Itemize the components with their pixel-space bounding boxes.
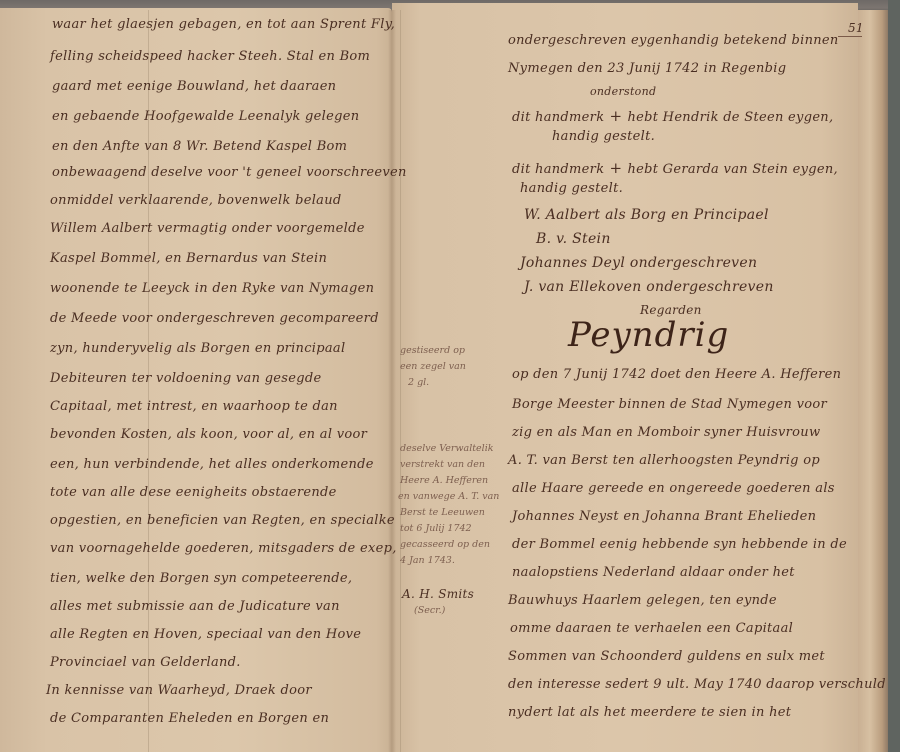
margin-line: tot 6 Julij 1742 xyxy=(400,524,472,534)
margin-signature: A. H. Smits xyxy=(402,588,474,600)
text-line: tote van alle dese eenigheits obstaerend… xyxy=(50,486,337,499)
text-line: alle Regten en Hoven, speciaal van den H… xyxy=(50,628,361,641)
text-line: Johannes Neyst en Johanna Brant Eheliede… xyxy=(512,510,816,523)
text-line: Borge Meester binnen de Stad Nymegen voo… xyxy=(512,398,827,411)
margin-rule-line xyxy=(400,10,401,752)
margin-line: Berst te Leeuwen xyxy=(400,508,485,518)
margin-line: verstrekt van den xyxy=(400,460,485,470)
text-line: alles met submissie aan de Judicature va… xyxy=(50,600,340,613)
text-line: van voornagehelde goederen, mitsgaders d… xyxy=(50,542,397,555)
margin-line: 2 gl. xyxy=(408,378,429,388)
text-line: bevonden Kosten, als koon, voor al, en a… xyxy=(50,428,367,441)
text-line: gaard met eenige Bouwland, het daaraen xyxy=(52,80,336,93)
margin-line: deselve Verwaltelik xyxy=(400,444,494,454)
text-line: hebt Gerarda van Stein eygen, xyxy=(627,162,838,177)
text-line: der Bommel eenig hebbende syn hebbende i… xyxy=(512,538,847,551)
text-line: opgestien, en beneficien van Regten, en … xyxy=(50,514,395,527)
signature-line: B. v. Stein xyxy=(536,232,611,246)
text-line: naalopstiens Nederland aldaar onder het xyxy=(512,566,795,579)
text-line: Kaspel Bommel, en Bernardus van Stein xyxy=(50,252,327,265)
book-gutter xyxy=(388,10,396,752)
text-line: hebt Hendrik de Steen eygen, xyxy=(627,110,833,125)
text-line: en gebaende Hoofgewalde Leenalyk gelegen xyxy=(52,110,359,123)
signature-line: J. van Ellekoven ondergeschreven xyxy=(524,280,774,294)
text-line: den interesse sedert 9 ult. May 1740 daa… xyxy=(508,678,886,691)
cross-mark-icon: + xyxy=(609,107,622,125)
text-line: een, hun verbindende, het alles onderkom… xyxy=(50,458,374,471)
text-line: onbewaagend deselve voor 't geneel voors… xyxy=(52,166,407,179)
text-line: handig gestelt. xyxy=(520,182,623,195)
text-line: de Meede voor ondergeschreven gecomparee… xyxy=(50,312,379,325)
handmark-line-2: dit handmerk + hebt Gerarda van Stein ey… xyxy=(512,158,838,177)
text-line: dit handmerk xyxy=(512,110,604,125)
cross-mark-icon: + xyxy=(609,159,622,177)
signature-line: W. Aalbert als Borg en Principael xyxy=(524,208,769,222)
text-line: Nymegen den 23 Junij 1742 in Regenbig xyxy=(508,62,786,75)
margin-line: gecasseerd op den xyxy=(400,540,490,550)
text-line: dit handmerk xyxy=(512,162,604,177)
page-stack-edge xyxy=(858,10,888,752)
text-line: alle Haare gereede en ongereede goederen… xyxy=(512,482,835,495)
text-line: en den Anfte van 8 Wr. Betend Kaspel Bom xyxy=(52,140,347,153)
text-line: onderstond xyxy=(590,86,656,97)
text-line: felling scheidspeed hacker Steeh. Stal e… xyxy=(50,50,370,63)
text-line: waar het glaesjen gebagen, en tot aan Sp… xyxy=(52,18,395,31)
text-line: woonende te Leeyck in den Ryke van Nymag… xyxy=(50,282,374,295)
scanned-book-spread: waar het glaesjen gebagen, en tot aan Sp… xyxy=(0,0,900,752)
signature-line: Johannes Deyl ondergeschreven xyxy=(520,256,757,270)
margin-line: Heere A. Hefferen xyxy=(400,476,488,486)
text-line: nydert lat als het meerdere te sien in h… xyxy=(508,706,791,719)
text-line: A. T. van Berst ten allerhoogsten Peyndr… xyxy=(508,454,820,467)
text-line: handig gestelt. xyxy=(552,130,655,143)
section-heading: Peyndrig xyxy=(568,318,729,352)
text-line: In kennisse van Waarheyd, Draek door xyxy=(46,684,312,697)
text-line: Sommen van Schoonderd guldens en sulx me… xyxy=(508,650,825,663)
book-cover-edge xyxy=(888,0,900,752)
text-line: de Comparanten Eheleden en Borgen en xyxy=(50,712,329,725)
text-line: tien, welke den Borgen syn competeerende… xyxy=(50,572,352,585)
margin-line: (Secr.) xyxy=(414,606,445,616)
margin-line: een zegel van xyxy=(400,362,466,372)
page-number-underline xyxy=(838,36,862,37)
text-line: zyn, hunderyvelig als Borgen en principa… xyxy=(50,342,345,355)
text-line: Debiteuren ter voldoening van gesegde xyxy=(50,372,322,385)
text-line: Provinciael van Gelderland. xyxy=(50,656,241,669)
margin-line: gestiseerd op xyxy=(400,346,465,356)
text-line: Bauwhuys Haarlem gelegen, ten eynde xyxy=(508,594,777,607)
text-line: Capitaal, met intrest, en waarhoop te da… xyxy=(50,400,338,413)
text-line: zig en als Man en Momboir syner Huisvrou… xyxy=(512,426,820,439)
handmark-line-1: dit handmerk + hebt Hendrik de Steen eyg… xyxy=(512,106,833,125)
margin-line: 4 Jan 1743. xyxy=(400,556,455,566)
text-line: Willem Aalbert vermagtig onder voorgemel… xyxy=(50,222,365,235)
page-number: 51 xyxy=(848,22,864,34)
text-line: onmiddel verklaarende, bovenwelk belaud xyxy=(50,194,342,207)
text-line: ondergeschreven eygenhandig betekend bin… xyxy=(508,34,839,47)
margin-line: en vanwege A. T. van xyxy=(398,492,499,502)
text-line: op den 7 Junij 1742 doet den Heere A. He… xyxy=(512,368,841,381)
text-line: omme daaraen te verhaelen een Capitaal xyxy=(510,622,793,635)
